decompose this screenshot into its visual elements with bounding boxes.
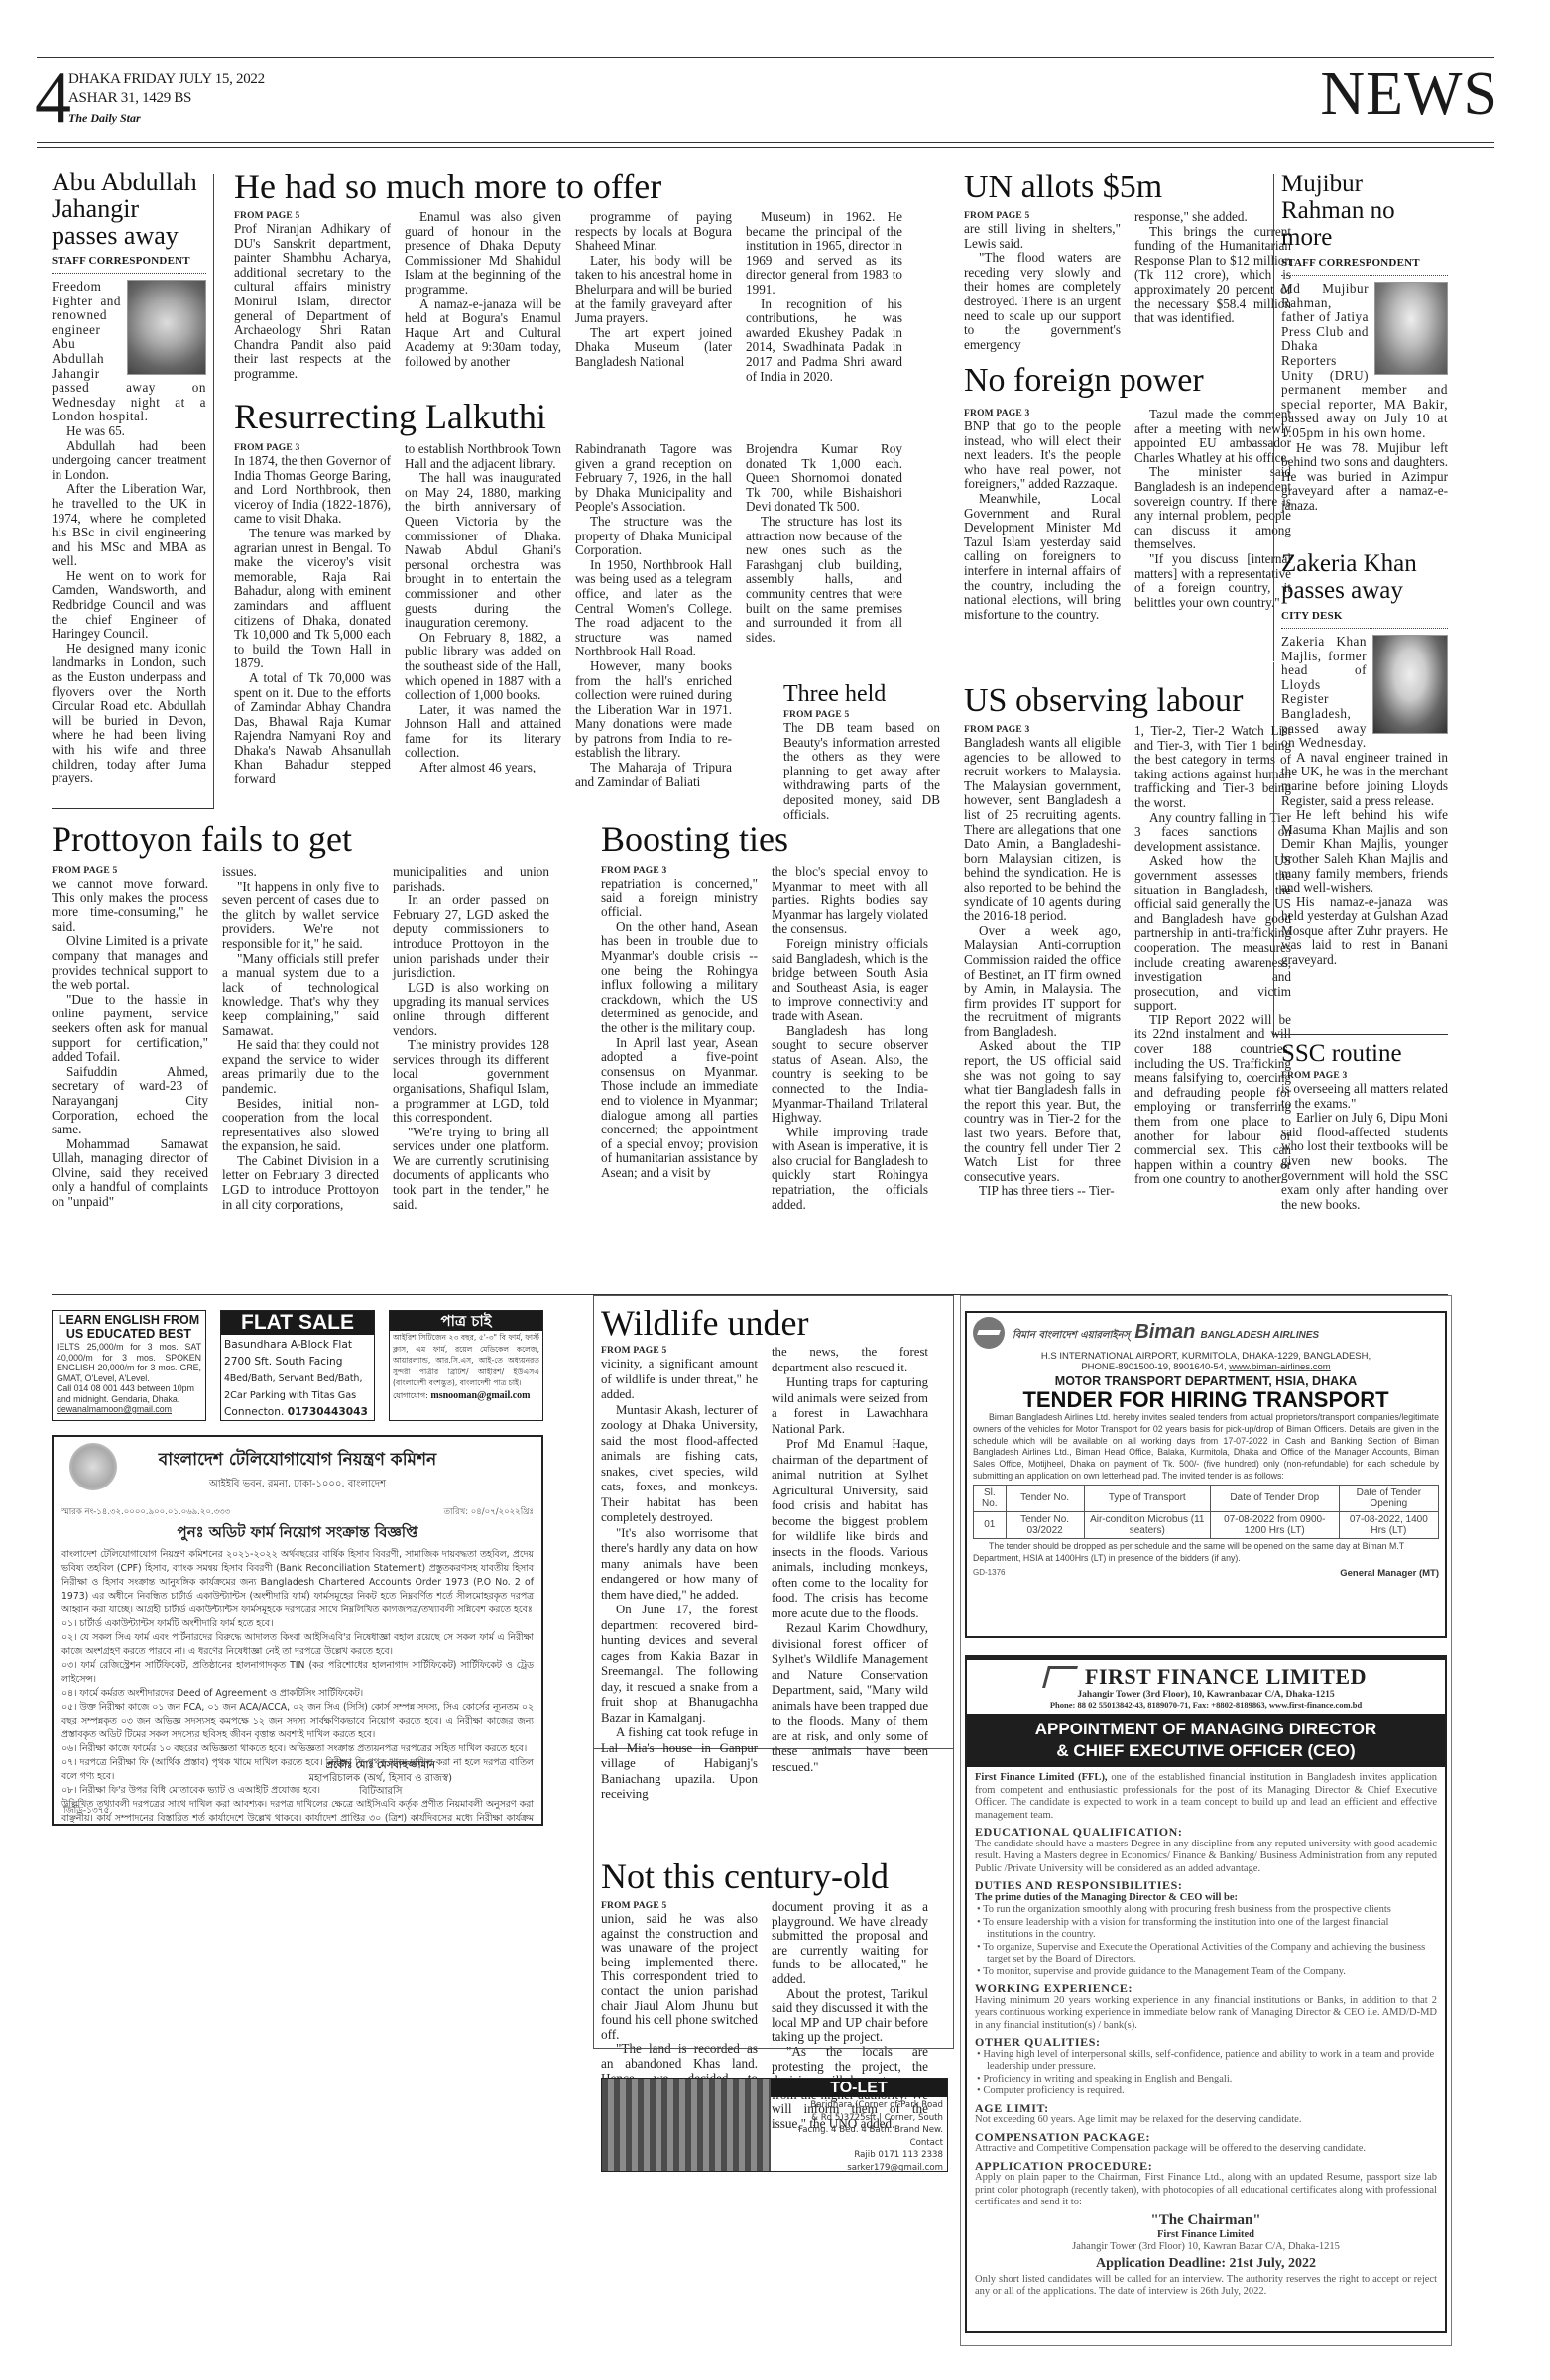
portrait-photo — [1374, 282, 1448, 375]
btrc-logo-icon — [69, 1443, 117, 1490]
position-banner: APPOINTMENT OF MANAGING DIRECTOR & CHIEF… — [967, 1714, 1445, 1767]
headline: Prottoyon fails to get — [52, 821, 587, 857]
headline: Zakeria Khan passes away — [1281, 550, 1448, 604]
section-title: NEWS — [1320, 65, 1498, 123]
byline: STAFF CORRESPONDENT — [1281, 257, 1448, 276]
paper-name-logo: The Daily Star — [68, 111, 141, 126]
portrait-photo — [127, 280, 206, 375]
tender-table: Sl. No. Tender No. Type of Transport Dat… — [973, 1485, 1439, 1539]
org-name: বাংলাদেশ টেলিযোগাযোগ নিয়ন্ত্রণ কমিশন — [61, 1447, 534, 1475]
bengali-date: ASHAR 31, 1429 BS — [68, 90, 191, 107]
headline: Boosting ties — [601, 821, 938, 857]
headline: US observing labour — [964, 684, 1291, 718]
biman-logo-icon — [973, 1317, 1005, 1349]
headline: No foreign power — [964, 364, 1291, 398]
article-zakeria-khan: Zakeria Khan passes away CITY DESK Zaker… — [1281, 550, 1448, 968]
ad-flat-sale[interactable]: FLAT SALE Basundhara A-Block Flat 2700 S… — [220, 1310, 375, 1421]
building-photo — [602, 2079, 771, 2171]
article-mujibur-rahman: Mujibur Rahman no more STAFF CORRESPONDE… — [1281, 171, 1448, 514]
tender-title: TENDER FOR HIRING TRANSPORT — [973, 1388, 1439, 1412]
ad-title: TO-LET — [771, 2079, 947, 2097]
column-rule — [1273, 662, 1274, 1034]
article-us-observing-labour: US observing labour FROM PAGE 3Banglades… — [964, 684, 1291, 1199]
notice-title: পুনঃ অডিট ফার্ম নিয়োগ সংক্রান্ত বিজ্ঞপ্… — [61, 1521, 534, 1546]
first-finance-logo-icon — [1042, 1666, 1078, 1688]
gd-number: জিডি-১৩৭৫ — [63, 1803, 109, 1818]
headline: He had so much more to offer — [234, 169, 928, 204]
ad-to-let[interactable]: TO-LET Baridhara (Corner of Park Road & … — [601, 2078, 948, 2172]
date-line: DHAKA FRIDAY JULY 15, 2022 — [68, 71, 265, 88]
jump-label: FROM PAGE 5 — [601, 1345, 758, 1357]
ad-email-link[interactable]: dewanalmamoon@gmail.com — [57, 1404, 201, 1414]
ad-biman-tender[interactable]: বিমান বাংলাদেশ এয়ারলাইনস্ Biman BANGLAD… — [965, 1311, 1447, 1638]
headline: Abu Abdullah Jahangir passes away — [52, 169, 206, 249]
signatory-name: প্রকৌঃ মোঃ মেসবাহুজ্জামান — [309, 1759, 452, 1772]
headline: Wildlife under — [601, 1305, 938, 1341]
headline: Mujibur Rahman no more — [1281, 171, 1448, 251]
byline: STAFF CORRESPONDENT — [52, 255, 206, 274]
byline: CITY DESK — [1281, 610, 1448, 629]
column-rule — [1273, 174, 1274, 661]
gd-number: GD-1376 — [973, 1568, 1005, 1579]
phone-number: 01730443043 — [288, 1406, 368, 1418]
notice-date: তারিখ: ০৪/০৭/২০২২খ্রিঃ — [444, 1505, 534, 1519]
article-wildlife-under: Wildlife under FROM PAGE 5vicinity, a si… — [601, 1305, 938, 1803]
box-rule — [52, 808, 214, 809]
article-un-allots: UN allots $5m FROM PAGE 5are still livin… — [964, 171, 1291, 352]
memo-number: স্মারক নং-১৪.৩২.০০০০.৯০০.০১.০৬৯.২০.৩৩৩ — [61, 1505, 230, 1519]
portrait-photo — [1372, 635, 1448, 734]
signatory: General Manager (MT) — [1340, 1568, 1439, 1579]
table-row: 01 Tender No. 03/2022 Air-condition Micr… — [974, 1511, 1439, 1538]
article-ssc-routine: SSC routine FROM PAGE 3is overseeing all… — [1281, 1041, 1448, 1212]
ad-email-link[interactable]: msnooman@gmail.com — [430, 1390, 530, 1401]
article-three-held: Three held FROM PAGE 5The DB team based … — [783, 682, 940, 822]
story-box-lower — [593, 1749, 954, 2049]
ad-title: LEARN ENGLISH FROM US EDUCATED BEST — [57, 1313, 201, 1341]
ad-patro-chai[interactable]: পাত্র চাই আইরিশ সিটিজেন ২৩ বছর, ৫'-৩" বি… — [389, 1310, 543, 1421]
masthead-bottom-rule — [37, 142, 1494, 143]
company-name: FIRST FINANCE LIMITED — [1085, 1664, 1367, 1690]
article-boosting-ties: Boosting ties FROM PAGE 3repatriation is… — [601, 821, 938, 1212]
column-rule — [213, 174, 214, 808]
headline: SSC routine — [1281, 1041, 1448, 1066]
article-prottoyon: Prottoyon fails to get FROM PAGE 5we can… — [52, 821, 587, 1212]
application-deadline: Application Deadline: 21st July, 2022 — [975, 2254, 1437, 2274]
box-rule — [1273, 1034, 1448, 1035]
page-number: 4 — [35, 63, 71, 133]
ad-email-link[interactable]: sarker179@gmail.com — [775, 2162, 943, 2173]
headline: UN allots $5m — [964, 171, 1291, 204]
ad-title: পাত্র চাই — [390, 1311, 542, 1331]
headline: Three held — [783, 682, 940, 706]
masthead-bottom-rule-2 — [37, 147, 1494, 148]
masthead-top-rule — [37, 57, 1494, 58]
headline: Resurrecting Lalkuthi — [234, 399, 928, 434]
ad-first-finance[interactable]: FIRST FINANCE LIMITED Jahangir Tower (3r… — [965, 1655, 1447, 2333]
website-link[interactable]: www.biman-airlines.com — [1229, 1362, 1330, 1372]
article-abu-abdullah: Abu Abdullah Jahangir passes away STAFF … — [52, 169, 206, 786]
article-he-had-so-much: He had so much more to offer FROM PAGE 5… — [234, 169, 928, 384]
article-no-foreign-power: No foreign power FROM PAGE 3BNP that go … — [964, 364, 1291, 622]
ad-learn-english[interactable]: LEARN ENGLISH FROM US EDUCATED BEST IELT… — [52, 1310, 206, 1421]
ad-btrc-notice[interactable]: বাংলাদেশ টেলিযোগাযোগ নিয়ন্ত্রণ কমিশন আই… — [52, 1435, 543, 1826]
ad-title: FLAT SALE — [221, 1311, 374, 1335]
